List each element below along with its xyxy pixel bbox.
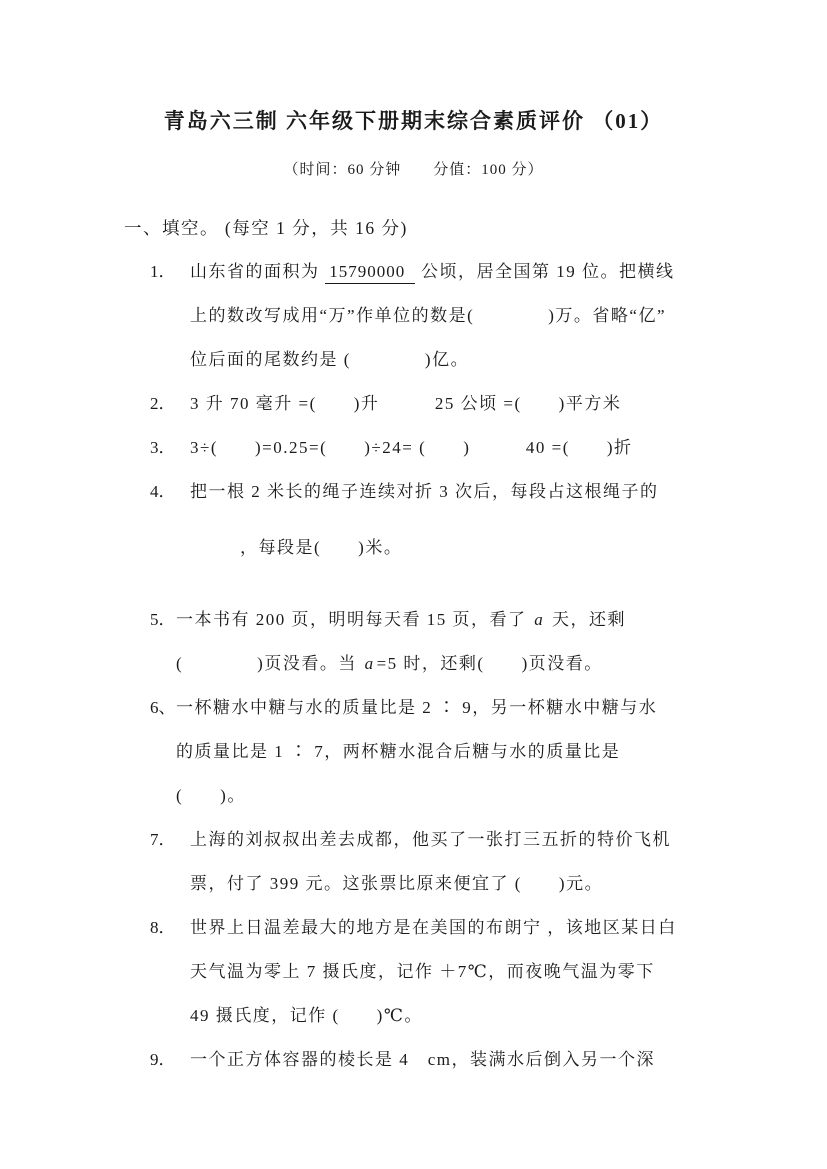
question-number: 2． [150,382,190,426]
question-line: 6、一杯糖水中糖与水的质量比是 2 ∶ 9，另一杯糖水中糖与水 [176,686,730,730]
question-number: 4． [150,470,190,514]
question-line: 位后面的尾数约是 ( )亿。 [190,338,730,382]
question-item: 5．一本书有 200 页，明明每天看 15 页，看了 a 天，还剩( )页没看。… [150,598,730,686]
text-segment: 一个正方体容器的棱长是 4 cm，装满水后倒入另一个深 [190,1050,655,1069]
question-line: ( )。 [176,774,730,818]
text-segment: 天气温为零上 7 摄氏度，记作 ＋7℃，而夜晚气温为零下 [190,962,655,981]
question-item: 8．世界上日温差最大的地方是在美国的布朗宁 ，该地区某日白天气温为零上 7 摄氏… [150,906,730,1038]
question-number: 3． [150,426,190,470]
doc-title: 青岛六三制 六年级下册期末综合素质评价 （01） [0,106,827,136]
question-item: 4．把一根 2 米长的绳子连续对折 3 次后，每段占这根绳子的，每段是( )米。 [150,470,730,570]
text-segment: 3÷( )=0.25=( )÷24= ( ) 40 =( )折 [190,438,633,457]
question-number: 7． [150,818,190,862]
underlined-value: 15790000 [325,262,415,284]
question-line: 天气温为零上 7 摄氏度，记作 ＋7℃，而夜晚气温为零下 [190,950,730,994]
question-line: ( )页没看。当 a=5 时，还剩( )页没看。 [176,642,730,686]
text-segment: 一杯糖水中糖与水的质量比是 2 ∶ 9，另一杯糖水中糖与水 [176,698,657,717]
question-line: ，每段是( )米。 [190,526,730,570]
text-segment: 位后面的尾数约是 ( )亿。 [190,350,469,369]
question-number: 6、 [150,686,176,730]
question-line: 1．山东省的面积为 15790000 公顷，居全国第 19 位。把横线 [190,250,730,294]
text-segment: 公顷，居全国第 19 位。把横线 [415,262,674,281]
text-segment: 世界上日温差最大的地方是在美国的布朗宁 ，该地区某日白 [190,918,677,937]
question-line: 2．3 升 70 毫升 =( )升 25 公顷 =( )平方米 [190,382,730,426]
text-segment: ，每段是( )米。 [240,538,402,557]
question-item: 6、一杯糖水中糖与水的质量比是 2 ∶ 9，另一杯糖水中糖与水的质量比是 1 ∶… [150,686,730,818]
question-line: 3．3÷( )=0.25=( )÷24= ( ) 40 =( )折 [190,426,730,470]
text-segment: ( )页没看。当 [176,654,363,673]
text-segment: 山东省的面积为 [190,262,325,281]
question-item: 3．3÷( )=0.25=( )÷24= ( ) 40 =( )折 [150,426,730,470]
text-segment: =5 时，还剩( )页没看。 [377,654,603,673]
text-segment: 3 升 70 毫升 =( )升 25 公顷 =( )平方米 [190,394,621,413]
italic-variable: a [532,610,546,629]
question-line: 9．一个正方体容器的棱长是 4 cm，装满水后倒入另一个深 [190,1038,730,1082]
text-segment: 49 摄氏度，记作 ( )℃。 [190,1006,423,1025]
question-number: 1． [150,250,190,294]
text-segment: ( )。 [176,786,246,805]
question-line: 4．把一根 2 米长的绳子连续对折 3 次后，每段占这根绳子的 [190,470,730,514]
question-line: 8．世界上日温差最大的地方是在美国的布朗宁 ，该地区某日白 [190,906,730,950]
text-segment: 把一根 2 米长的绳子连续对折 3 次后，每段占这根绳子的 [190,482,659,501]
question-line: 的质量比是 1 ∶ 7，两杯糖水混合后糖与水的质量比是 [176,730,730,774]
section-heading: 一、填空。 (每空 1 分，共 16 分) [124,216,827,240]
question-line: 7．上海的刘叔叔出差去成都，他买了一张打三五折的特价飞机 [190,818,730,862]
text-segment: 票，付了 399 元。这张票比原来便宜了 ( )元。 [190,874,603,893]
text-segment: 一本书有 200 页，明明每天看 15 页，看了 [176,610,532,629]
question-list: 1．山东省的面积为 15790000 公顷，居全国第 19 位。把横线上的数改写… [150,250,730,1082]
question-number: 9． [150,1038,190,1082]
text-segment: 上的数改写成用“万”作单位的数是( )万。省略“亿” [190,306,666,325]
question-item: 2．3 升 70 毫升 =( )升 25 公顷 =( )平方米 [150,382,730,426]
question-line: 票，付了 399 元。这张票比原来便宜了 ( )元。 [190,862,730,906]
question-line: 5．一本书有 200 页，明明每天看 15 页，看了 a 天，还剩 [176,598,730,642]
question-line: 49 摄氏度，记作 ( )℃。 [190,994,730,1038]
question-item: 7．上海的刘叔叔出差去成都，他买了一张打三五折的特价飞机票，付了 399 元。这… [150,818,730,906]
question-number: 5． [150,598,176,642]
text-segment: 上海的刘叔叔出差去成都，他买了一张打三五折的特价飞机 [190,830,671,849]
italic-variable: a [363,654,377,673]
question-item: 1．山东省的面积为 15790000 公顷，居全国第 19 位。把横线上的数改写… [150,250,730,382]
text-segment: 的质量比是 1 ∶ 7，两杯糖水混合后糖与水的质量比是 [176,742,620,761]
question-line: 上的数改写成用“万”作单位的数是( )万。省略“亿” [190,294,730,338]
question-item: 9．一个正方体容器的棱长是 4 cm，装满水后倒入另一个深 [150,1038,730,1082]
doc-subtitle: （时间：60 分钟 分值：100 分） [0,158,827,182]
exam-page: 青岛六三制 六年级下册期末综合素质评价 （01） （时间：60 分钟 分值：10… [0,0,827,1169]
question-number: 8． [150,906,190,950]
text-segment: 天，还剩 [546,610,626,629]
